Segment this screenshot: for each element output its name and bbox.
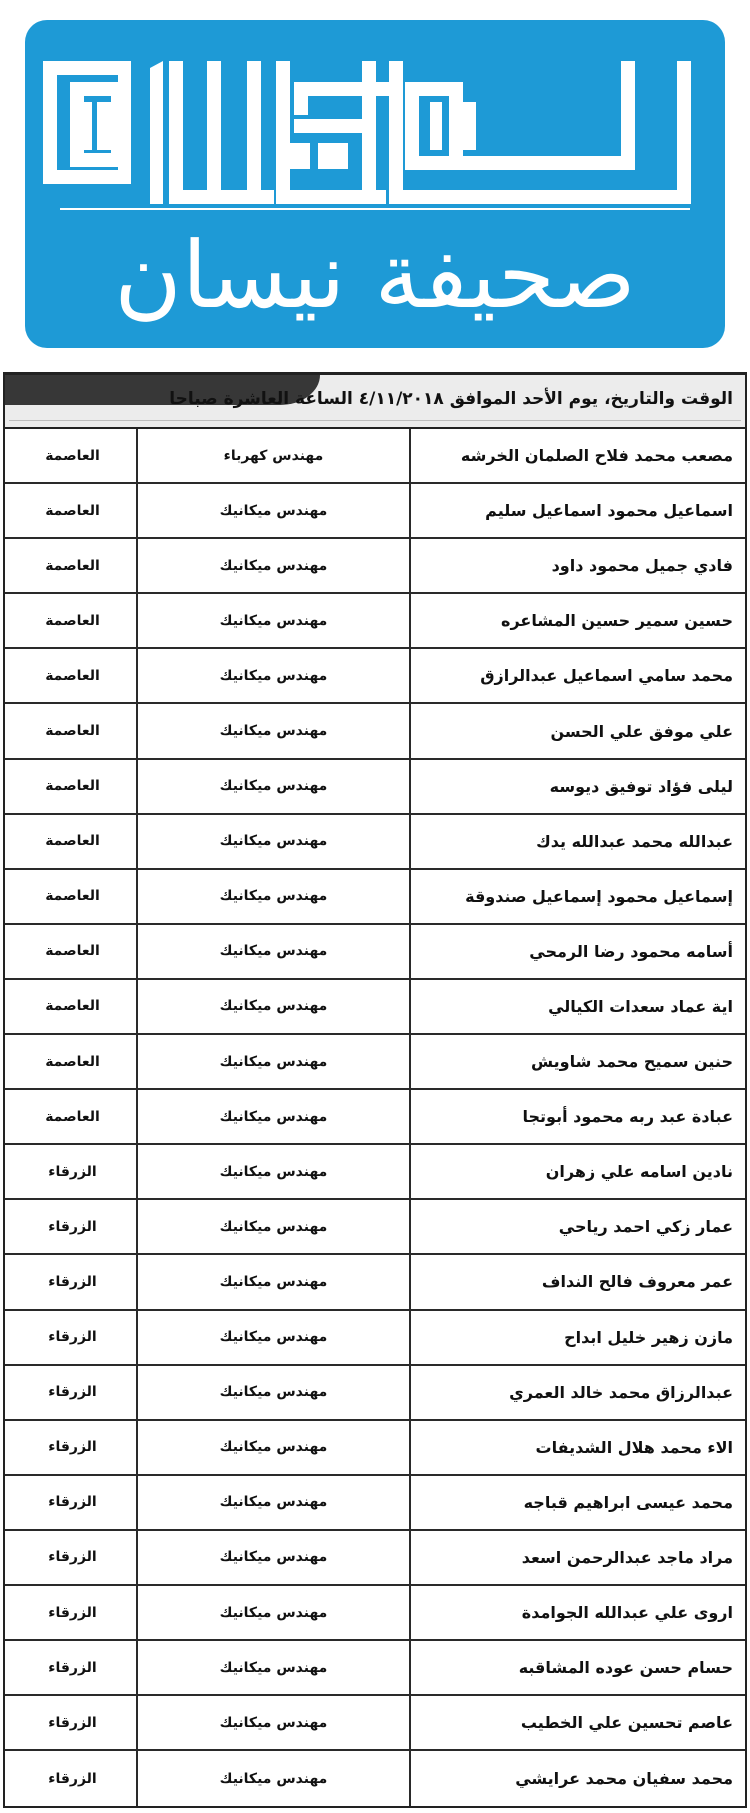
- table-row: العاصمة مهندس ميكانيك ليلى فؤاد توفيق دي…: [5, 760, 745, 815]
- specialty-cell: مهندس ميكانيك: [138, 1586, 411, 1639]
- specialty-cell: مهندس ميكانيك: [138, 1090, 411, 1143]
- exam-date-time: الوقت والتاريخ، يوم الأحد الموافق ٤/١١/٢…: [169, 389, 733, 409]
- name-cell: مصعب محمد فلاح الصلمان الخرشه: [411, 429, 745, 482]
- name-cell: مراد ماجد عبدالرحمن اسعد: [411, 1531, 745, 1584]
- region-cell: الزرقاء: [5, 1476, 138, 1529]
- region-cell: العاصمة: [5, 1035, 138, 1088]
- specialty-cell: مهندس ميكانيك: [138, 815, 411, 868]
- specialty-cell: مهندس ميكانيك: [138, 870, 411, 923]
- region-cell: الزرقاء: [5, 1366, 138, 1419]
- name-cell: حنين سميح محمد شاويش: [411, 1035, 745, 1088]
- newspaper-logo: صحيفة نيسان: [25, 20, 725, 348]
- table-row: العاصمة مهندس ميكانيك أسامه محمود رضا ال…: [5, 925, 745, 980]
- region-cell: الزرقاء: [5, 1531, 138, 1584]
- specialty-cell: مهندس ميكانيك: [138, 1035, 411, 1088]
- region-cell: العاصمة: [5, 594, 138, 647]
- table-row: الزرقاء مهندس ميكانيك اروى علي عبدالله ا…: [5, 1586, 745, 1641]
- name-cell: محمد عيسى ابراهيم قباجه: [411, 1476, 745, 1529]
- region-cell: العاصمة: [5, 484, 138, 537]
- name-cell: محمد سفيان محمد عرايشي: [411, 1751, 745, 1806]
- table-row: الزرقاء مهندس ميكانيك عمار زكي احمد رياح…: [5, 1200, 745, 1255]
- region-cell: الزرقاء: [5, 1311, 138, 1364]
- region-cell: الزرقاء: [5, 1200, 138, 1253]
- name-cell: عبدالله محمد عبدالله يدك: [411, 815, 745, 868]
- region-cell: العاصمة: [5, 429, 138, 482]
- specialty-cell: مهندس ميكانيك: [138, 1200, 411, 1253]
- specialty-cell: مهندس ميكانيك: [138, 484, 411, 537]
- specialty-cell: مهندس ميكانيك: [138, 760, 411, 813]
- table-row: العاصمة مهندس كهرباء مصعب محمد فلاح الصل…: [5, 429, 745, 484]
- region-cell: العاصمة: [5, 980, 138, 1033]
- region-cell: العاصمة: [5, 1090, 138, 1143]
- specialty-cell: مهندس ميكانيك: [138, 1311, 411, 1364]
- region-cell: الزرقاء: [5, 1751, 138, 1806]
- name-cell: اروى علي عبدالله الجوامدة: [411, 1586, 745, 1639]
- name-cell: عبدالرزاق محمد خالد العمري: [411, 1366, 745, 1419]
- region-cell: الزرقاء: [5, 1421, 138, 1474]
- table-row: الزرقاء مهندس ميكانيك محمد سفيان محمد عر…: [5, 1751, 745, 1806]
- table-header: الوقت والتاريخ، يوم الأحد الموافق ٤/١١/٢…: [5, 375, 745, 429]
- specialty-cell: مهندس ميكانيك: [138, 1751, 411, 1806]
- specialty-cell: مهندس ميكانيك: [138, 539, 411, 592]
- table-row: العاصمة مهندس ميكانيك اية عماد سعدات الك…: [5, 980, 745, 1035]
- region-cell: العاصمة: [5, 925, 138, 978]
- name-cell: نادين اسامه علي زهران: [411, 1145, 745, 1198]
- newspaper-name: صحيفة نيسان: [25, 216, 725, 336]
- name-cell: حسين سمير حسين المشاعره: [411, 594, 745, 647]
- name-cell: عاصم تحسين علي الخطيب: [411, 1696, 745, 1749]
- kufic-wordmark-icon: [25, 20, 725, 210]
- specialty-cell: مهندس ميكانيك: [138, 1641, 411, 1694]
- table-row: العاصمة مهندس ميكانيك علي موفق علي الحسن: [5, 704, 745, 759]
- specialty-cell: مهندس ميكانيك: [138, 704, 411, 757]
- specialty-cell: مهندس ميكانيك: [138, 1255, 411, 1308]
- name-cell: ليلى فؤاد توفيق ديوسه: [411, 760, 745, 813]
- table-row: الزرقاء مهندس ميكانيك عاصم تحسين علي الخ…: [5, 1696, 745, 1751]
- name-cell: عبادة عبد ربه محمود أبوتجا: [411, 1090, 745, 1143]
- specialty-cell: مهندس ميكانيك: [138, 1145, 411, 1198]
- region-cell: الزرقاء: [5, 1145, 138, 1198]
- specialty-cell: مهندس ميكانيك: [138, 980, 411, 1033]
- region-cell: العاصمة: [5, 815, 138, 868]
- table-row: العاصمة مهندس ميكانيك عبادة عبد ربه محمو…: [5, 1090, 745, 1145]
- specialty-cell: مهندس ميكانيك: [138, 1696, 411, 1749]
- specialty-cell: مهندس ميكانيك: [138, 1531, 411, 1584]
- logo-divider: [60, 208, 690, 210]
- name-cell: حسام حسن عوده المشاقبه: [411, 1641, 745, 1694]
- name-cell: اية عماد سعدات الكيالي: [411, 980, 745, 1033]
- results-table: الوقت والتاريخ، يوم الأحد الموافق ٤/١١/٢…: [3, 372, 747, 1808]
- table-row: الزرقاء مهندس ميكانيك مراد ماجد عبدالرحم…: [5, 1531, 745, 1586]
- header-inner-rule: [9, 420, 741, 421]
- region-cell: الزرقاء: [5, 1641, 138, 1694]
- specialty-cell: مهندس ميكانيك: [138, 1366, 411, 1419]
- name-cell: عمر معروف فالح النداف: [411, 1255, 745, 1308]
- table-row: الزرقاء مهندس ميكانيك محمد عيسى ابراهيم …: [5, 1476, 745, 1531]
- name-cell: فادي جميل محمود داود: [411, 539, 745, 592]
- region-cell: العاصمة: [5, 870, 138, 923]
- name-cell: أسامه محمود رضا الرمحي: [411, 925, 745, 978]
- region-cell: الزرقاء: [5, 1255, 138, 1308]
- name-cell: إسماعيل محمود إسماعيل صندوقة: [411, 870, 745, 923]
- table-row: الزرقاء مهندس ميكانيك مازن زهير خليل ابد…: [5, 1311, 745, 1366]
- specialty-cell: مهندس كهرباء: [138, 429, 411, 482]
- specialty-cell: مهندس ميكانيك: [138, 649, 411, 702]
- name-cell: محمد سامي اسماعيل عبدالرازق: [411, 649, 745, 702]
- region-cell: الزرقاء: [5, 1586, 138, 1639]
- table-row: العاصمة مهندس ميكانيك فادي جميل محمود دا…: [5, 539, 745, 594]
- table-row: العاصمة مهندس ميكانيك اسماعيل محمود اسما…: [5, 484, 745, 539]
- specialty-cell: مهندس ميكانيك: [138, 594, 411, 647]
- table-row: الزرقاء مهندس ميكانيك حسام حسن عوده المش…: [5, 1641, 745, 1696]
- table-row: العاصمة مهندس ميكانيك حسين سمير حسين الم…: [5, 594, 745, 649]
- name-cell: علي موفق علي الحسن: [411, 704, 745, 757]
- region-cell: العاصمة: [5, 760, 138, 813]
- name-cell: عمار زكي احمد رياحي: [411, 1200, 745, 1253]
- table-body: العاصمة مهندس كهرباء مصعب محمد فلاح الصل…: [5, 429, 745, 1806]
- specialty-cell: مهندس ميكانيك: [138, 1476, 411, 1529]
- region-cell: العاصمة: [5, 704, 138, 757]
- table-row: الزرقاء مهندس ميكانيك عبدالرزاق محمد خال…: [5, 1366, 745, 1421]
- table-row: العاصمة مهندس ميكانيك حنين سميح محمد شاو…: [5, 1035, 745, 1090]
- specialty-cell: مهندس ميكانيك: [138, 925, 411, 978]
- specialty-cell: مهندس ميكانيك: [138, 1421, 411, 1474]
- region-cell: العاصمة: [5, 649, 138, 702]
- table-row: الزرقاء مهندس ميكانيك الاء محمد هلال الش…: [5, 1421, 745, 1476]
- name-cell: الاء محمد هلال الشديفات: [411, 1421, 745, 1474]
- region-cell: العاصمة: [5, 539, 138, 592]
- table-row: العاصمة مهندس ميكانيك عبدالله محمد عبدال…: [5, 815, 745, 870]
- name-cell: مازن زهير خليل ابداح: [411, 1311, 745, 1364]
- region-cell: الزرقاء: [5, 1696, 138, 1749]
- table-row: العاصمة مهندس ميكانيك إسماعيل محمود إسما…: [5, 870, 745, 925]
- table-row: الزرقاء مهندس ميكانيك نادين اسامه علي زه…: [5, 1145, 745, 1200]
- table-row: العاصمة مهندس ميكانيك محمد سامي اسماعيل …: [5, 649, 745, 704]
- name-cell: اسماعيل محمود اسماعيل سليم: [411, 484, 745, 537]
- table-row: الزرقاء مهندس ميكانيك عمر معروف فالح الن…: [5, 1255, 745, 1310]
